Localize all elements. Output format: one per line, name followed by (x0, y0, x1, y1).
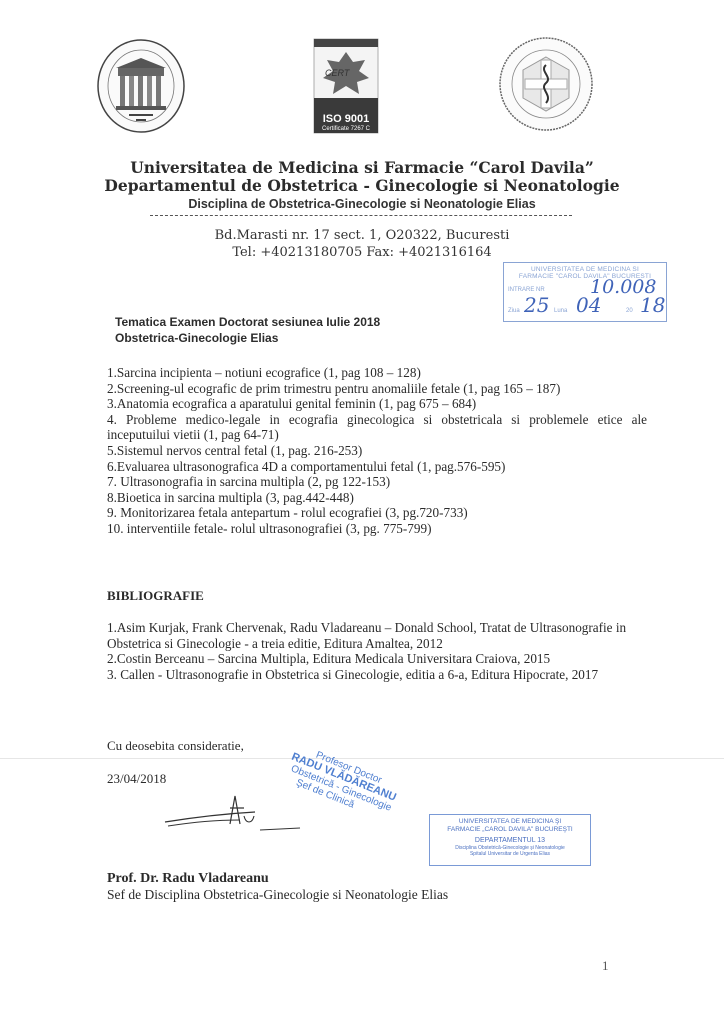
header-separator (150, 215, 572, 216)
topics-list: 1.Sarcina incipienta – notiuni ecografic… (107, 365, 647, 537)
svg-text:Certificate 7267 C: Certificate 7267 C (322, 126, 371, 132)
exam-title: Tematica Examen Doctorat sesiunea Iulie … (115, 315, 380, 329)
discipline-name: Disciplina de Obstetrica-Ginecologie si … (0, 197, 724, 211)
closing-salutation: Cu deosebita consideratie, (107, 738, 244, 754)
topic-item: 8.Bioetica in sarcina multipla (3, pag.4… (107, 490, 647, 506)
topic-item: 4. Probleme medico-legale in ecografia g… (107, 412, 647, 443)
svg-text:ISO 9001: ISO 9001 (323, 113, 369, 125)
entry-month: 04 (576, 293, 601, 317)
topic-item: 1.Sarcina incipienta – notiuni ecografic… (107, 365, 647, 381)
topic-item: 9. Monitorizarea fetala antepartum - rol… (107, 505, 647, 521)
topic-item: 10. interventiile fetale- rolul ultrason… (107, 521, 647, 537)
iso-certification-icon: CERT ISO 9001 Certificate 7267 C (313, 38, 379, 134)
topic-item: 7. Ultrasonografia in sarcina multipla (… (107, 474, 647, 490)
registration-stamp: UNIVERSITATEA DE MEDICINA SI FARMACIE "C… (503, 262, 667, 322)
bibliography-item: 2.Costin Berceanu – Sarcina Multipla, Ed… (107, 651, 647, 667)
department-name: Departamentul de Obstetrica - Ginecologi… (0, 176, 724, 195)
page-fold-line (0, 758, 724, 759)
registration-stamp-line1: UNIVERSITATEA DE MEDICINA SI (504, 266, 666, 273)
signatory-role: Sef de Disciplina Obstetrica-Ginecologie… (107, 887, 448, 903)
department-stamp-line2: FARMACIE „CAROL DAVILA" BUCUREŞTI (430, 826, 590, 834)
department-stamp: UNIVERSITATEA DE MEDICINA ŞI FARMACIE „C… (429, 814, 591, 866)
bibliography-item: 3. Callen - Ultrasonografie in Obstetric… (107, 667, 647, 683)
exam-subtitle: Obstetrica-Ginecologie Elias (115, 331, 278, 345)
topic-item: 6.Evaluarea ultrasonografica 4D a compor… (107, 459, 647, 475)
department-stamp-line3: DEPARTAMENTUL 13 (430, 837, 590, 845)
hospital-seal-icon (497, 35, 595, 133)
svg-text:CERT: CERT (325, 68, 351, 78)
university-seal-icon (96, 38, 186, 134)
month-label: Luna (554, 308, 567, 314)
document-date: 23/04/2018 (107, 771, 166, 787)
year-label: 20 (626, 308, 633, 314)
topic-item: 5.Sistemul nervos central fetal (1, pag.… (107, 443, 647, 459)
contact-info: Tel: +40213180705 Fax: +4021316164 (0, 245, 724, 260)
topic-item: 3.Anatomia ecografica a aparatului genit… (107, 396, 647, 412)
bibliography-item: 1.Asim Kurjak, Frank Chervenak, Radu Vla… (107, 620, 647, 651)
signatory-name: Prof. Dr. Radu Vladareanu (107, 871, 269, 887)
day-label: Ziua (508, 308, 520, 314)
entry-year: 18 (640, 293, 665, 317)
topic-item: 2.Screening-ul ecografic de prim trimest… (107, 381, 647, 397)
address: Bd.Marasti nr. 17 sect. 1, O20322, Bucur… (0, 228, 724, 243)
university-name: Universitatea de Medicina si Farmacie “C… (0, 158, 724, 177)
bibliography-heading: BIBLIOGRAFIE (107, 588, 204, 604)
entry-day: 25 (524, 293, 549, 317)
bibliography-list: 1.Asim Kurjak, Frank Chervenak, Radu Vla… (107, 620, 647, 682)
department-stamp-line5: Spitalul Universitar de Urgenta Elias (430, 851, 590, 857)
page-number: 1 (602, 958, 609, 974)
professor-stamp: Profesor Doctor RADU VLĂDĂREANU Obstetri… (268, 741, 428, 868)
department-stamp-line1: UNIVERSITATEA DE MEDICINA ŞI (430, 818, 590, 826)
